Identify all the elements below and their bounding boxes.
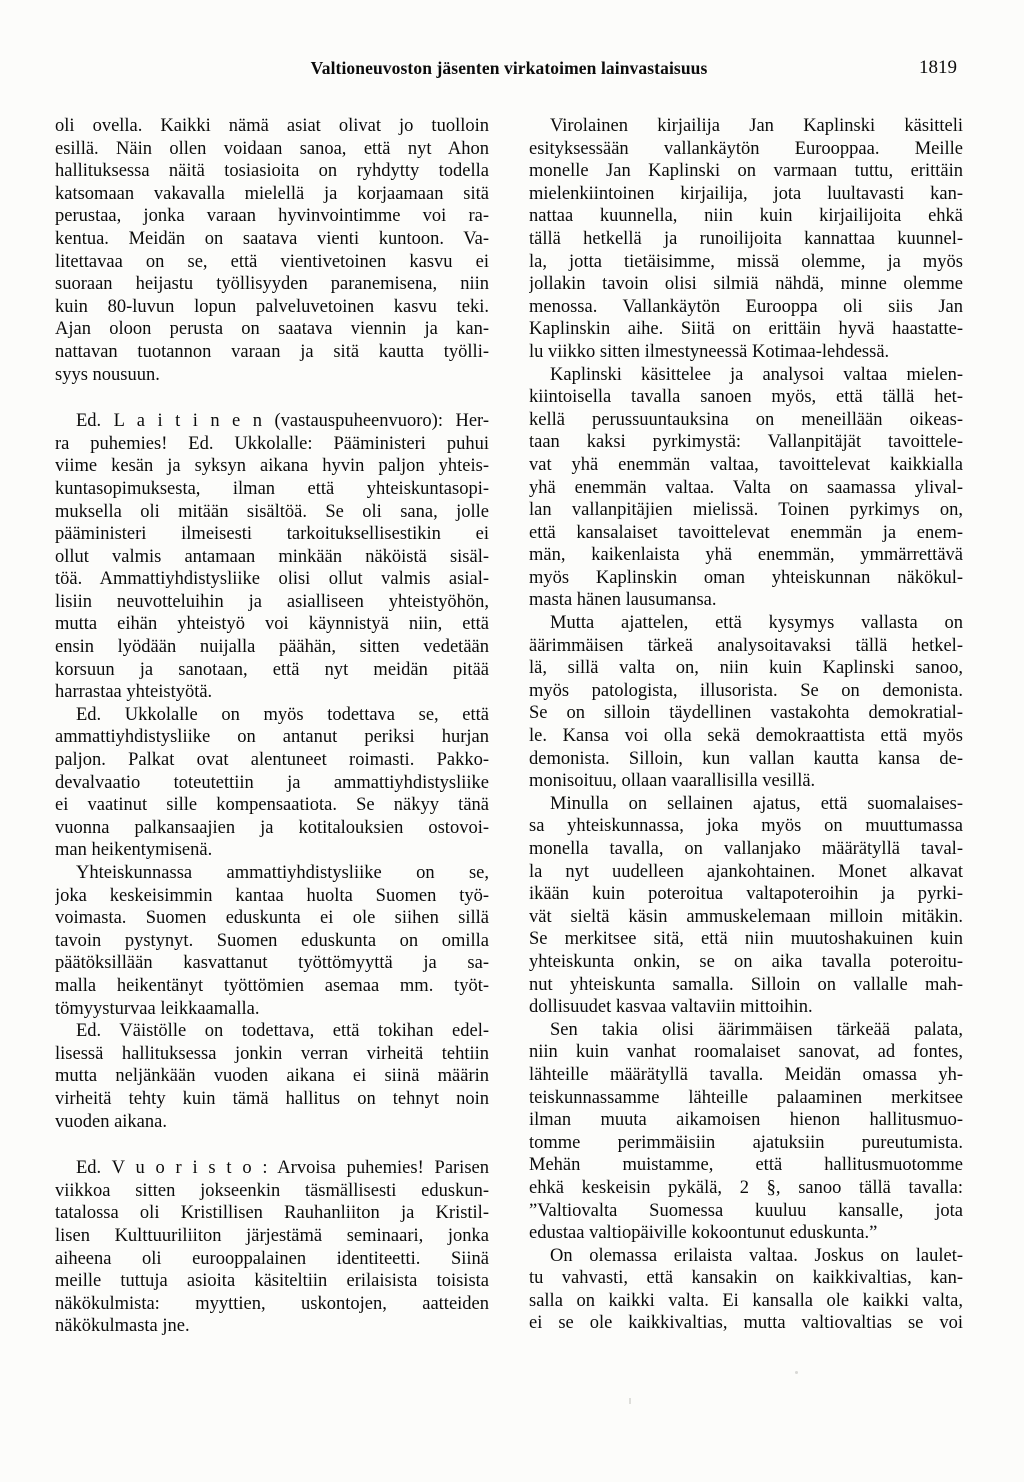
text-line: syys nousuun. bbox=[55, 364, 489, 387]
text-line: Ed. V u o r i s t o : Arvoisa puhemies! … bbox=[55, 1157, 489, 1180]
paragraph: Ed. Ukkolalle on myös todettava se, että… bbox=[55, 704, 489, 862]
text-line: Ajan oloon perusta on saatava viennin ja… bbox=[55, 318, 489, 341]
text-line: mutta eihän yhteistyö voi käynnistyä nii… bbox=[55, 613, 489, 636]
text-line: monelle Jan Kaplinski on varmaan tuttu, … bbox=[529, 160, 963, 183]
text-line: kuin 80-luvun lopun palveluvetoinen kasv… bbox=[55, 296, 489, 319]
text-line: ehkä keskeisin pykälä, 2 §, sanoo tällä … bbox=[529, 1177, 963, 1200]
text-line: Ed. Ukkolalle on myös todettava se, että bbox=[55, 704, 489, 727]
text-line: tällä hetkellä ja runoilijoita kannattaa… bbox=[529, 228, 963, 251]
text-line: Mutta ajattelen, että kysymys vallasta o… bbox=[529, 612, 963, 635]
text-line: ei se ole kaikkivaltias, mutta valtioval… bbox=[529, 1312, 963, 1335]
text-line: kuntasopimuksesta, ilman että yhteiskunt… bbox=[55, 478, 489, 501]
document-page: Valtioneuvoston jäsenten virkatoimen lai… bbox=[0, 0, 1024, 1482]
text-line: salla on kaikki valta. Ei kansalla ole k… bbox=[529, 1290, 963, 1313]
text-line: la nyt uudelleen ajankohtainen. Monet al… bbox=[529, 861, 963, 884]
text-line: kentua. Meidän on saatava vienti kuntoon… bbox=[55, 228, 489, 251]
paragraph: Virolainen kirjailija Jan Kaplinski käsi… bbox=[529, 115, 963, 364]
text-line: esityksessään vallankäytön Eurooppaa. Me… bbox=[529, 138, 963, 161]
paragraph: Ed. Väistölle on todettava, että tokihan… bbox=[55, 1020, 489, 1133]
text-line: Se on silloin täydellinen vastakohta dem… bbox=[529, 702, 963, 725]
text-line: jollakin tavoin olisi silmiä nähdä, minn… bbox=[529, 273, 963, 296]
text-line: myös Kaplinskin oman yhteiskunnan näköku… bbox=[529, 567, 963, 590]
text-line: vät sieltä käsin ammuskelemaan milloin m… bbox=[529, 906, 963, 929]
text-line: suoraan heijastu työllisyyden paranemise… bbox=[55, 273, 489, 296]
text-columns: oli ovella. Kaikki nämä asiat olivat jo … bbox=[55, 115, 963, 1338]
paragraph: Minulla on sellainen ajatus, että suomal… bbox=[529, 793, 963, 1019]
text-line: yhä enemmän valtaa. Valta on saamassa yl… bbox=[529, 477, 963, 500]
text-line: voimasta. Suomen eduskunta ei ole siihen… bbox=[55, 907, 489, 930]
text-line: masta hänen lausumansa. bbox=[529, 589, 963, 612]
text-line: muksella oli mitään sisältöä. Se oli san… bbox=[55, 501, 489, 524]
text-line: ikään kuin poteroitua valtapoteroihin ja… bbox=[529, 883, 963, 906]
text-line: monisoituu, ollaan vaarallisilla vesillä… bbox=[529, 770, 963, 793]
text-line: edustaa valtiopäiville kokoontunut edusk… bbox=[529, 1222, 963, 1245]
text-line: ammattiyhdistysliike on antanut periksi … bbox=[55, 726, 489, 749]
text-line: vuonna palkansaajien ja kotitalouksien o… bbox=[55, 817, 489, 840]
text-line: Se merkitsee sitä, että niin muutoshakui… bbox=[529, 928, 963, 951]
text-line: teiskunnassamme lähteille palaaminen mer… bbox=[529, 1087, 963, 1110]
text-line: nut yhteiskunta samalla. Silloin on vall… bbox=[529, 974, 963, 997]
text-line: vuoden aikana. bbox=[55, 1111, 489, 1134]
paragraph: Sen takia olisi äärimmäisen tärkeää pala… bbox=[529, 1019, 963, 1245]
text-line: katsomaan vakavalla mielellä ja korjaama… bbox=[55, 183, 489, 206]
text-line: harrastaa yhteistyötä. bbox=[55, 681, 489, 704]
text-line: joka keskeisimmin kantaa huolta Suomen t… bbox=[55, 885, 489, 908]
text-line: ”Valtiovalta Suomessa kuuluu kansalle, j… bbox=[529, 1200, 963, 1223]
text-line: lä, sillä valta on, niin kuin Kaplinski … bbox=[529, 657, 963, 680]
text-line: Kaplinski käsittelee ja analysoi valtaa … bbox=[529, 364, 963, 387]
text-line: ra puhemies! Ed. Ukkolalle: Pääministeri… bbox=[55, 433, 489, 456]
text-line: monella tavalla, on vallanjako määrätyll… bbox=[529, 838, 963, 861]
text-line: lisen Kulttuuriliiton järjestämä seminaa… bbox=[55, 1225, 489, 1248]
text-line: tu vahvasti, että kansakin on kaikkivalt… bbox=[529, 1267, 963, 1290]
text-line: la, jotta tietäisimme, missä olemme, ja … bbox=[529, 251, 963, 274]
text-line: devalvaatio toteutettiin ja ammattiyhdis… bbox=[55, 772, 489, 795]
text-line: litettavaa on se, että vientivetoinen ka… bbox=[55, 251, 489, 274]
text-line: viime kesän ja syksyn aikana hyvin paljo… bbox=[55, 455, 489, 478]
text-line: ollut valmis antamaan minkään näköistä s… bbox=[55, 546, 489, 569]
text-line: lähteille määrätyllä tavalla. Meidän oma… bbox=[529, 1064, 963, 1087]
text-line: aiheena oli eurooppalainen identiteetti.… bbox=[55, 1248, 489, 1271]
text-line: kiintoisella tavalla sanoen myös, että t… bbox=[529, 386, 963, 409]
page-number: 1819 bbox=[919, 58, 957, 78]
scan-artifact bbox=[629, 1398, 631, 1404]
text-line: lu viikko sitten ilmestyneessä Kotimaa-l… bbox=[529, 341, 963, 364]
text-line: lan vallanpitäjien mielissä. Toinen pyrk… bbox=[529, 499, 963, 522]
page-header: Valtioneuvoston jäsenten virkatoimen lai… bbox=[55, 58, 963, 80]
text-line: Sen takia olisi äärimmäisen tärkeää pala… bbox=[529, 1019, 963, 1042]
text-line: le. Kansa voi olla sekä demokraattista e… bbox=[529, 725, 963, 748]
text-line: On olemassa erilaista valtaa. Joskus on … bbox=[529, 1245, 963, 1268]
text-line: että kansalaiset tavoittelevat enemmän j… bbox=[529, 522, 963, 545]
text-line: päätöksillään kasvattanut työttömyyttä j… bbox=[55, 952, 489, 975]
scan-artifact bbox=[795, 1371, 798, 1374]
text-line: tömyysturvaa leikkaamalla. bbox=[55, 998, 489, 1021]
text-line: sa yhteiskunnassa, joka myös on muuttuma… bbox=[529, 815, 963, 838]
text-line: Minulla on sellainen ajatus, että suomal… bbox=[529, 793, 963, 816]
text-line: Kaplinskin aihe. Siitä on erittäin hyvä … bbox=[529, 318, 963, 341]
paragraph: Ed. L a i t i n e n (vastauspuheenvuoro)… bbox=[55, 410, 489, 704]
paragraph: Yhteiskunnassa ammattiyhdistysliike on s… bbox=[55, 862, 489, 1020]
text-line: virheitä tehty kuin tämä hallitus on teh… bbox=[55, 1088, 489, 1111]
text-line: paljon. Palkat ovat alentuneet roimasti.… bbox=[55, 749, 489, 772]
text-line: perustaa, jonka varaan hyvinvointimme vo… bbox=[55, 205, 489, 228]
text-line: ilman muuta aikamoisen hienon hallitusmu… bbox=[529, 1109, 963, 1132]
text-line: ei vaatinut sille kompensaatiota. Se näk… bbox=[55, 794, 489, 817]
text-line: demonista. Silloin, kun vallan kautta ka… bbox=[529, 748, 963, 771]
running-header-title: Valtioneuvoston jäsenten virkatoimen lai… bbox=[55, 58, 963, 78]
paragraph: Mutta ajattelen, että kysymys vallasta o… bbox=[529, 612, 963, 793]
text-line: tomme perimmäisiin ajatuksiin pureutumis… bbox=[529, 1132, 963, 1155]
text-line: Mehän muistamme, että hallitusmuotomme bbox=[529, 1154, 963, 1177]
text-line: lisessä hallituksessa jonkin verran virh… bbox=[55, 1043, 489, 1066]
paragraph: On olemassa erilaista valtaa. Joskus on … bbox=[529, 1245, 963, 1335]
paragraph: Ed. V u o r i s t o : Arvoisa puhemies! … bbox=[55, 1157, 489, 1338]
text-line: Ed. L a i t i n e n (vastauspuheenvuoro)… bbox=[55, 410, 489, 433]
text-line: näkökulmista: myyttien, uskontojen, aatt… bbox=[55, 1293, 489, 1316]
text-line: Virolainen kirjailija Jan Kaplinski käsi… bbox=[529, 115, 963, 138]
text-line: yhteiskunta onkin, se on aika tavalla po… bbox=[529, 951, 963, 974]
text-line: malla heikentänyt työttömien asemaa mm. … bbox=[55, 975, 489, 998]
text-line: oli ovella. Kaikki nämä asiat olivat jo … bbox=[55, 115, 489, 138]
text-line: nattaa kuunnella, niin kuin kirjailijoit… bbox=[529, 205, 963, 228]
text-line: menossa. Vallankäytön Eurooppa oli siis … bbox=[529, 296, 963, 319]
left-column: oli ovella. Kaikki nämä asiat olivat jo … bbox=[55, 115, 489, 1338]
text-line: vat yhä enemmän valtaa, tavoittelevat ka… bbox=[529, 454, 963, 477]
text-line: ensin lyödään nuijalla päähän, sitten ve… bbox=[55, 636, 489, 659]
text-line: nattavan tuotannon varaan ja sitä kautta… bbox=[55, 341, 489, 364]
text-line: Yhteiskunnassa ammattiyhdistysliike on s… bbox=[55, 862, 489, 885]
text-line: mielenkiintoinen kirjailija, jota luulta… bbox=[529, 183, 963, 206]
text-line: Ed. Väistölle on todettava, että tokihan… bbox=[55, 1020, 489, 1043]
text-line: dollisuudet kasvaa valtaviin mittoihin. bbox=[529, 996, 963, 1019]
text-line: myös patologista, illusorista. Se on dem… bbox=[529, 680, 963, 703]
text-line: män, kaikenlaista yhä enemmän, ymmärrett… bbox=[529, 544, 963, 567]
paragraph: Kaplinski käsittelee ja analysoi valtaa … bbox=[529, 364, 963, 613]
text-line: mutta neljänkään vuoden aikana ei siinä … bbox=[55, 1065, 489, 1088]
text-line: meille tuttuja asioita käsiteltiin erila… bbox=[55, 1270, 489, 1293]
text-line: korsuun ja sanotaan, että nyt meidän pit… bbox=[55, 659, 489, 682]
text-line: man heikentymisenä. bbox=[55, 839, 489, 862]
text-line: kellä perussuuntauksina on meneillään oi… bbox=[529, 409, 963, 432]
right-column: Virolainen kirjailija Jan Kaplinski käsi… bbox=[529, 115, 963, 1338]
text-line: lisiin neuvotteluihin ja asialliseen yht… bbox=[55, 591, 489, 614]
text-line: viikkoa sitten jokseenkin täsmällisesti … bbox=[55, 1180, 489, 1203]
text-line: taan kaksi pyrkimystä: Vallanpitäjät tav… bbox=[529, 431, 963, 454]
text-line: esillä. Näin ollen voidaan sanoa, että n… bbox=[55, 138, 489, 161]
text-line: töä. Ammattiyhdistysliike olisi ollut va… bbox=[55, 568, 489, 591]
text-line: näkökulmasta jne. bbox=[55, 1315, 489, 1338]
text-line: hallituksessa näitä tosiasioita on ryhdy… bbox=[55, 160, 489, 183]
text-line: äärimmäisen tärkeä analysoitavaksi tällä… bbox=[529, 635, 963, 658]
text-line: tavoin pystynyt. Suomen eduskunta on omi… bbox=[55, 930, 489, 953]
text-line: niin kuin vanhat roomalaiset sanovat, ad… bbox=[529, 1041, 963, 1064]
paragraph: oli ovella. Kaikki nämä asiat olivat jo … bbox=[55, 115, 489, 386]
text-line: tatalossa oli Kristillisen Rauhanliiton … bbox=[55, 1202, 489, 1225]
text-line: pääministeri ilmeisesti tarkoituksellise… bbox=[55, 523, 489, 546]
